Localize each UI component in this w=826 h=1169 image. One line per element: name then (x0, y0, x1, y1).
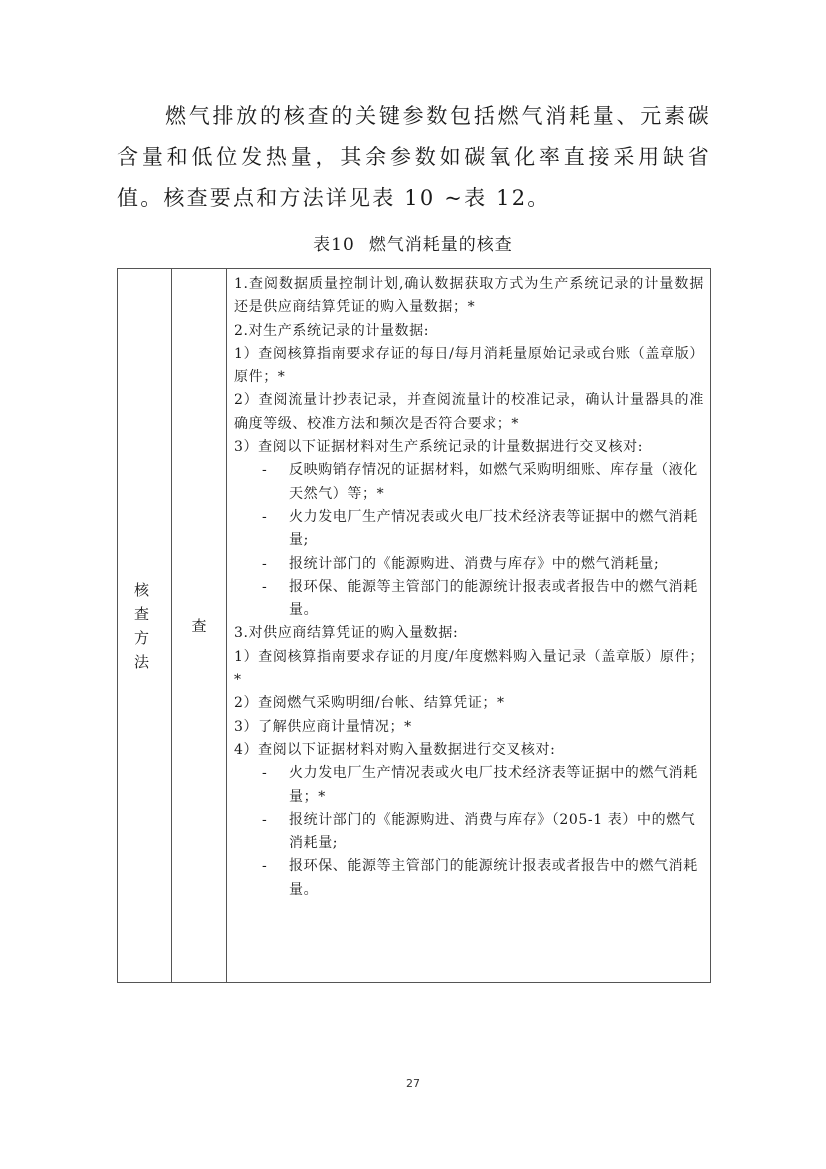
procedure-line: 3.对供应商结算凭证的购入量数据: (234, 622, 704, 645)
method-label: 核查方法 (127, 578, 163, 674)
procedure-line: 1）查阅核算指南要求存证的月度/年度燃料购入量记录（盖章版）原件；* (234, 646, 704, 693)
bullet-text: 报环保、能源等主管部门的能源统计报表或者报告中的燃气消耗量。 (289, 576, 704, 623)
bullet-text: 报统计部门的《能源购进、消费与库存》中的燃气消耗量; (289, 553, 704, 576)
check-type-label: 查 (191, 615, 206, 636)
procedure-bullet: -火力发电厂生产情况表或火电厂技术经济表等证据中的燃气消耗量；* (234, 762, 704, 809)
bullet-text: 报环保、能源等主管部门的能源统计报表或者报告中的燃气消耗量。 (289, 855, 704, 902)
procedure-line: 2）查阅燃气采购明细/台帐、结算凭证；* (234, 692, 704, 715)
method-label-cell: 核查方法 (118, 269, 172, 982)
procedure-bullet: -报环保、能源等主管部门的能源统计报表或者报告中的燃气消耗量。 (234, 855, 704, 902)
procedure-line: 2）查阅流量计抄表记录，并查阅流量计的校准记录，确认计量器具的准确度等级、校准方… (234, 389, 704, 436)
dash-marker: - (262, 576, 289, 623)
intro-text: 燃气排放的核查的关键参数包括燃气消耗量、元素碳含量和低位发热量，其余参数如碳氧化… (117, 96, 711, 219)
procedure-bullet: -反映购销存情况的证据材料，如燃气采购明细账、库存量（液化天然气）等；* (234, 459, 704, 506)
bullet-text: 火力发电厂生产情况表或火电厂技术经济表等证据中的燃气消耗量; (289, 506, 704, 553)
bullet-text: 火力发电厂生产情况表或火电厂技术经济表等证据中的燃气消耗量；* (289, 762, 704, 809)
dash-marker: - (262, 553, 289, 576)
dash-marker: - (262, 762, 289, 809)
procedure-bullet: -报统计部门的《能源购进、消费与库存》（205-1 表）中的燃气消耗量; (234, 809, 704, 856)
procedure-line: 1.查阅数据质量控制计划,确认数据获取方式为生产系统记录的计量数据还是供应商结算… (234, 273, 704, 320)
check-type-cell: 查 (172, 269, 227, 982)
dash-marker: - (262, 855, 289, 902)
procedure-bullet: -报统计部门的《能源购进、消费与库存》中的燃气消耗量; (234, 553, 704, 576)
procedure-line: 3）了解供应商计量情况；* (234, 716, 704, 739)
procedure-bullet: -报环保、能源等主管部门的能源统计报表或者报告中的燃气消耗量。 (234, 576, 704, 623)
page-number: 27 (0, 1077, 826, 1090)
verification-table: 核查方法 查 1.查阅数据质量控制计划,确认数据获取方式为生产系统记录的计量数据… (117, 268, 711, 983)
procedure-cell: 1.查阅数据质量控制计划,确认数据获取方式为生产系统记录的计量数据还是供应商结算… (227, 269, 710, 982)
bullet-text: 报统计部门的《能源购进、消费与库存》（205-1 表）中的燃气消耗量; (289, 809, 704, 856)
table-number: 表10 (313, 235, 355, 255)
procedure-line: 2.对生产系统记录的计量数据: (234, 320, 704, 343)
dash-marker: - (262, 506, 289, 553)
procedure-line: 3）查阅以下证据材料对生产系统记录的计量数据进行交叉核对: (234, 436, 704, 459)
table-title: 燃气消耗量的核查 (369, 235, 513, 255)
intro-paragraph: 燃气排放的核查的关键参数包括燃气消耗量、元素碳含量和低位发热量，其余参数如碳氧化… (117, 96, 711, 219)
dash-marker: - (262, 459, 289, 506)
bullet-text: 反映购销存情况的证据材料，如燃气采购明细账、库存量（液化天然气）等；* (289, 459, 704, 506)
procedure-bullet: -火力发电厂生产情况表或火电厂技术经济表等证据中的燃气消耗量; (234, 506, 704, 553)
table-caption: 表10燃气消耗量的核查 (0, 230, 826, 255)
dash-marker: - (262, 809, 289, 856)
procedure-line: 1）查阅核算指南要求存证的每日/每月消耗量原始记录或台账（盖章版）原件；* (234, 343, 704, 390)
procedure-line: 4）查阅以下证据材料对购入量数据进行交叉核对: (234, 739, 704, 762)
